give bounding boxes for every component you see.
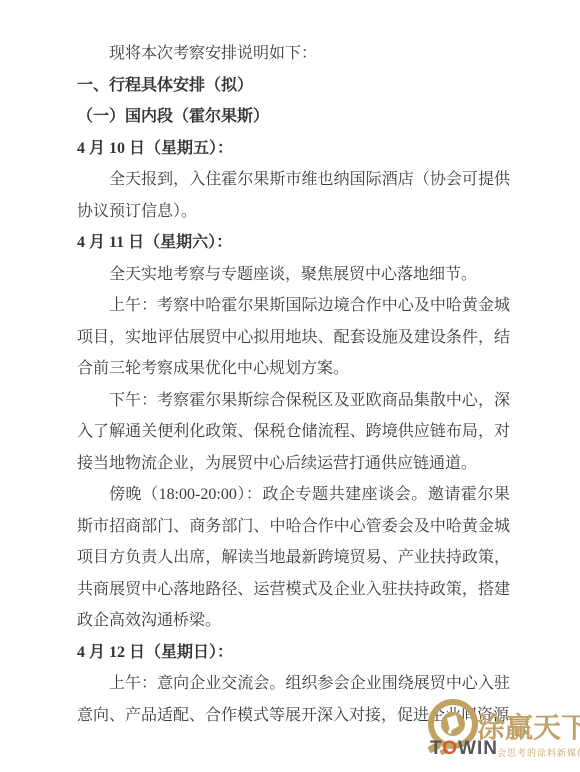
document-paragraph: 傍晚（18:00-20:00）：政企专题共建座谈会。邀请霍尔果斯市招商部门、商务… [77, 479, 510, 637]
document-heading: （一）国内段（霍尔果斯） [77, 101, 510, 133]
document-paragraph: 全天报到，入住霍尔果斯市维也纳国际酒店（协会可提供协议预订信息）。 [77, 164, 510, 227]
document-body: 现将本次考察安排说明如下：一、行程具体安排（拟）（一）国内段（霍尔果斯）4 月 … [77, 38, 510, 731]
document-paragraph: 现将本次考察安排说明如下： [77, 38, 510, 70]
document-paragraph: 全天实地考察与专题座谈，聚焦展贸中心落地细节。 [77, 259, 510, 291]
document-heading: 4 月 10 日（星期五）： [77, 133, 510, 165]
brand-latin-win: WIN [458, 738, 498, 759]
document-page: 现将本次考察安排说明如下：一、行程具体安排（拟）（一）国内段（霍尔果斯）4 月 … [0, 0, 580, 772]
brand-latin-o: O [442, 738, 458, 759]
document-heading: 4 月 12 日（星期日）： [77, 637, 510, 669]
brand-latin-t: T [430, 738, 442, 759]
brand-latin: TOWIN [430, 738, 498, 760]
document-paragraph: 下午：考察霍尔果斯综合保税区及亚欧商品集散中心，深入了解通关便利化政策、保税仓储… [77, 385, 510, 480]
document-paragraph: 上午：考察中哈霍尔果斯国际边境合作中心及中哈黄金城项目，实地评估展贸中心拟用地块… [77, 290, 510, 385]
towin-watermark: 涂赢天下 TOWIN 会思考的涂料新媒体 [424, 696, 580, 772]
brand-tagline: 会思考的涂料新媒体 [497, 746, 580, 759]
document-heading: 一、行程具体安排（拟） [77, 70, 510, 102]
document-heading: 4 月 11 日（星期六）： [77, 227, 510, 259]
